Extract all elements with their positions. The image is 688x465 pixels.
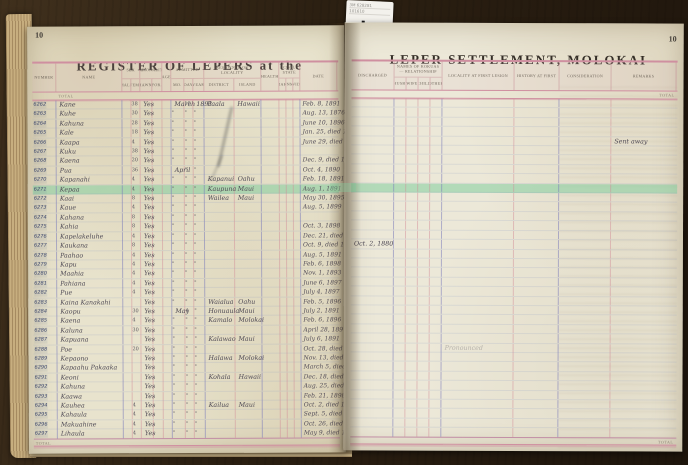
handwritten-entry: 8 [132, 194, 135, 203]
handwritten-entry: Kapaahu Pakaaka [58, 364, 118, 373]
handwritten-entry: Feb. 5, 1896 [301, 297, 341, 306]
handwritten-entry: " [186, 382, 188, 391]
column-subheader: Fem. [131, 78, 140, 91]
handwritten-entry: " [171, 119, 173, 128]
handwritten-entry: 6283 [34, 299, 47, 306]
register-rows: Sent awayOct. 2, 1880Pronounced [350, 98, 677, 438]
tab-text-line: 101610 [349, 8, 390, 16]
handwritten-entry: Feb. 6, 1896 [301, 316, 341, 325]
handwritten-entry: " [186, 401, 188, 410]
handwritten-entry: 28 [131, 119, 137, 128]
handwritten-entry: " [185, 345, 187, 354]
column-header: Locality at First Lesion [443, 62, 515, 90]
handwritten-entry: Maui [236, 401, 255, 410]
handwritten-entry: " [172, 222, 174, 231]
column-header: History at First [515, 62, 560, 90]
handwritten-entry: " [185, 194, 187, 203]
handwritten-entry: " [185, 326, 187, 335]
handwritten-entry: " [172, 147, 174, 156]
handwritten-entry: Kuku [57, 148, 77, 157]
handwritten-entry: Kapu [57, 260, 77, 269]
handwritten-entry: 4 [132, 204, 135, 213]
handwritten-entry: " [194, 138, 196, 147]
handwritten-entry: 6265 [34, 130, 47, 137]
handwritten-entry: " [194, 185, 196, 194]
handwritten-entry: 6287 [34, 337, 47, 344]
handwritten-entry: " [186, 373, 188, 382]
page-number-right: 10 [669, 35, 677, 44]
handwritten-entry: Kahia [57, 223, 78, 232]
handwritten-entry: " [194, 241, 196, 250]
handwritten-entry: 6290 [35, 365, 48, 372]
handwritten-entry: Oahu [235, 175, 255, 184]
handwritten-entry: " [186, 410, 188, 419]
handwritten-entry: 18 [184, 100, 190, 109]
highlight-band-gutter [330, 183, 356, 192]
handwritten-entry: " [185, 241, 187, 250]
handwritten-entry: 20 [132, 345, 138, 354]
handwritten-entry: Maui [235, 194, 254, 203]
handwritten-entry: Sent away [611, 137, 647, 146]
page-number-left: 10 [35, 31, 43, 40]
column-subheader: Wid. [293, 78, 300, 91]
handwritten-entry: 6270 [34, 177, 47, 184]
handwritten-entry: 6291 [35, 374, 48, 381]
handwritten-entry: Nov. 1, 1893 [301, 269, 341, 278]
handwritten-entry: Kamalo [205, 316, 232, 325]
handwritten-entry: " [185, 232, 187, 241]
handwritten-entry: 6297 [35, 431, 48, 438]
handwritten-entry: " [194, 335, 196, 344]
handwritten-entry: Halawa [205, 354, 232, 363]
handwritten-entry: " [172, 298, 174, 307]
handwritten-entry: 6292 [35, 384, 48, 391]
handwritten-entry: " [185, 250, 187, 259]
handwritten-entry: Kaopu [57, 307, 80, 316]
handwritten-entry: Kauhea [58, 401, 85, 410]
handwritten-entry: Maahia [57, 270, 84, 279]
handwritten-entry: 30 [132, 326, 138, 335]
handwritten-entry: " [194, 316, 196, 325]
handwritten-entry: Oct. 3, 1898 [301, 222, 340, 231]
handwritten-entry: " [185, 185, 187, 194]
handwritten-entry: Kapanui [205, 175, 234, 184]
handwritten-entry: " [194, 307, 196, 316]
handwritten-entry: 6268 [34, 158, 47, 165]
handwritten-entry: " [172, 175, 174, 184]
handwritten-entry: " [185, 279, 187, 288]
handwritten-entry: " [185, 138, 187, 147]
handwritten-entry: 6277 [34, 243, 47, 250]
handwritten-entry: " [173, 429, 175, 438]
handwritten-entry: 4 [132, 288, 135, 297]
handwritten-entry: Kahaula [58, 411, 87, 420]
handwritten-entry: 6269 [34, 167, 47, 174]
handwritten-entry: Kahana [57, 213, 84, 222]
handwritten-entry: " [194, 222, 196, 231]
handwritten-entry: 6266 [34, 139, 47, 146]
handwritten-entry: Pahiana [57, 279, 85, 288]
handwritten-entry: " [194, 260, 196, 269]
handwritten-entry: " [184, 109, 186, 118]
handwritten-entry: 6284 [34, 309, 47, 316]
handwritten-entry: Oahu [235, 297, 255, 306]
handwritten-entry: Kahuna [58, 383, 85, 392]
handwritten-entry: " [172, 354, 174, 363]
column-header: Date [300, 62, 337, 90]
handwritten-entry: Kaina Kanakahi [57, 298, 110, 307]
table-header: NumberNameSexMaleFem.NationalityHawn.For… [32, 60, 338, 92]
column-header: Remarks [612, 62, 677, 90]
handwritten-entry: Kaapa [57, 138, 80, 147]
handwritten-entry: Hawaii [236, 372, 261, 381]
handwritten-entry: " [172, 335, 174, 344]
handwritten-entry: Kapanahi [57, 176, 90, 185]
handwritten-entry: " [194, 250, 196, 259]
ledger-left-page: 10 REGISTER OF LEPERS at the NumberNameS… [27, 25, 346, 453]
handwritten-entry: " [173, 420, 175, 429]
handwritten-entry: 38 [132, 147, 138, 156]
column-header: Age [162, 63, 171, 91]
handwritten-entry: Pronounced [442, 343, 483, 352]
column-header: Names of Kokuas — Relationship [395, 62, 443, 77]
register-rows: 6262Kane38YesMarch181891PaalaHawaiiFeb. … [32, 99, 339, 439]
ledger-right-page: 10 LEPER SETTLEMENT, MOLOKAI DischargedN… [343, 22, 683, 451]
handwritten-entry: 8 [132, 213, 135, 222]
column-subheader: Other [431, 77, 443, 90]
handwritten-entry: " [194, 326, 196, 335]
handwritten-entry: 4 [133, 429, 136, 438]
handwritten-entry: " [195, 429, 197, 438]
handwritten-entry: 4 [133, 420, 136, 429]
handwritten-entry: Waialua [205, 297, 233, 306]
handwritten-entry: " [195, 401, 197, 410]
handwritten-entry: 4 [132, 232, 135, 241]
column-header: Sex [122, 63, 140, 78]
handwritten-entry: Kepaa [57, 185, 80, 194]
column-header: Health [261, 63, 279, 91]
handwritten-entry: 36 [132, 166, 138, 175]
handwritten-entry: " [185, 222, 187, 231]
handwritten-entry: Kaawa [58, 392, 82, 401]
handwritten-entry: " [173, 410, 175, 419]
column-subheader: District [204, 78, 234, 91]
handwritten-entry: 6294 [35, 403, 48, 410]
handwritten-entry: " [185, 269, 187, 278]
handwritten-entry: " [172, 128, 174, 137]
handwritten-entry: May 30, 1895 [301, 193, 345, 202]
handwritten-entry: " [172, 288, 174, 297]
handwritten-entry: " [186, 420, 188, 429]
handwritten-entry: 6273 [34, 205, 47, 212]
handwritten-entry: Kohala [206, 373, 231, 382]
handwritten-entry: Kaukana [57, 242, 88, 251]
handwritten-entry: 6279 [34, 262, 47, 269]
handwritten-entry: Makuahine [58, 420, 97, 429]
handwritten-entry: " [172, 241, 174, 250]
handwritten-entry: 20 [132, 157, 138, 166]
handwritten-entry: " [172, 232, 174, 241]
handwritten-entry: 4 [132, 138, 135, 147]
handwritten-entry: 4 [132, 279, 135, 288]
handwritten-entry: Maui [235, 307, 254, 316]
handwritten-entry: 6293 [35, 393, 48, 400]
handwritten-entry: July 6, 1891 [301, 334, 339, 343]
handwritten-entry: " [194, 354, 196, 363]
handwritten-entry: " [185, 316, 187, 325]
handwritten-entry: " [185, 147, 187, 156]
handwritten-entry: " [194, 128, 196, 137]
column-subheader: Island [234, 78, 261, 91]
handwritten-entry: " [172, 260, 174, 269]
handwritten-entry: " [194, 345, 196, 354]
handwritten-entry: " [172, 251, 174, 260]
column-header: Civil State [279, 63, 300, 78]
handwritten-entry: 4 [132, 317, 135, 326]
column-header: Name [56, 63, 122, 91]
handwritten-entry: " [193, 119, 195, 128]
handwritten-entry: " [172, 279, 174, 288]
handwritten-entry: " [185, 156, 187, 165]
handwritten-entry: " [185, 288, 187, 297]
column-subheader: Male [122, 78, 131, 91]
handwritten-entry: 8 [132, 241, 135, 250]
handwritten-entry: Kahuna [56, 119, 83, 128]
handwritten-entry: 30 [131, 110, 137, 119]
handwritten-entry: " [173, 392, 175, 401]
column-subheader: Child [419, 77, 431, 90]
handwritten-entry: 6263 [33, 111, 46, 118]
handwritten-entry: Keoni [58, 373, 79, 382]
column-subheader: Wife [407, 77, 419, 90]
handwritten-entry: " [172, 138, 174, 147]
handwritten-entry: Kapuana [57, 336, 88, 345]
handwritten-entry: " [173, 373, 175, 382]
handwritten-entry: " [173, 401, 175, 410]
handwritten-entry: Lihaula [58, 430, 85, 439]
handwritten-entry: " [194, 203, 196, 212]
handwritten-entry: Kaue [57, 204, 76, 213]
handwritten-entry: " [194, 175, 196, 184]
handwritten-entry: June 6, 1897 [301, 278, 342, 287]
handwritten-entry: 38 [131, 100, 137, 109]
handwritten-entry: " [173, 363, 175, 372]
handwritten-entry: 6295 [35, 412, 48, 419]
handwritten-entry: " [185, 203, 187, 212]
handwritten-entry: July 4, 1897 [301, 287, 339, 296]
handwritten-entry: " [194, 147, 196, 156]
handwritten-entry: Kaluna [57, 326, 82, 335]
column-subheader: Husb. [395, 77, 407, 90]
register-table-left: NumberNameSexMaleFem.NationalityHawn.For… [32, 60, 340, 446]
handwritten-entry: Feb. 8, 1891 [300, 99, 340, 108]
handwritten-entry: 6289 [35, 356, 48, 363]
handwritten-entry: Kaai [57, 195, 74, 204]
handwritten-entry: 6262 [33, 102, 46, 109]
column-header: Consideration [560, 62, 612, 90]
handwritten-entry: Feb. 6, 1898 [301, 259, 341, 268]
handwritten-entry: July 2, 1891 [301, 306, 339, 315]
handwritten-entry: April 28, 1897 [301, 325, 347, 334]
column-subheader: Mo. [171, 78, 184, 91]
handwritten-entry: " [172, 269, 174, 278]
handwritten-entry: " [195, 382, 197, 391]
handwritten-entry: Kalawao [205, 335, 235, 344]
handwritten-entry: " [194, 213, 196, 222]
handwritten-entry: 4 [185, 307, 188, 316]
column-subheader: Year [193, 78, 204, 91]
handwritten-entry: Aug. 5, 1891 [301, 250, 342, 259]
handwritten-entry: " [172, 316, 174, 325]
handwritten-entry: Kaena [57, 317, 80, 326]
handwritten-entry: Oct. 2, 1880 [351, 240, 393, 249]
handwritten-entry: " [195, 373, 197, 382]
handwritten-entry: " [172, 185, 174, 194]
handwritten-entry: 6272 [34, 196, 47, 203]
handwritten-entry: 6288 [34, 346, 47, 353]
handwritten-entry: Honuaula [205, 307, 239, 316]
handwritten-entry: " [173, 382, 175, 391]
handwritten-entry: " [172, 194, 174, 203]
handwritten-entry: Kuhe [56, 110, 75, 119]
handwritten-entry: 6274 [34, 214, 47, 221]
handwritten-entry: " [184, 119, 186, 128]
column-header: Residence or Locality [204, 63, 261, 78]
handwritten-entry: Aug. 5, 1899 [301, 203, 342, 212]
handwritten-entry: " [194, 279, 196, 288]
handwritten-entry: Wailea [205, 194, 229, 203]
handwritten-entry: Kaena [57, 157, 80, 166]
column-header: Number [32, 64, 56, 92]
column-header: Nationality [140, 63, 162, 78]
handwritten-entry: 6280 [34, 271, 47, 278]
handwritten-entry: 30 [132, 307, 138, 316]
handwritten-entry: " [195, 392, 197, 401]
handwritten-entry: " [194, 269, 196, 278]
handwritten-entry: 6276 [34, 233, 47, 240]
handwritten-entry: " [194, 166, 196, 175]
handwritten-entry: " [195, 410, 197, 419]
handwritten-entry: 6286 [34, 327, 47, 334]
handwritten-entry: 4 [132, 270, 135, 279]
handwritten-entry: " [194, 194, 196, 203]
handwritten-entry: " [194, 288, 196, 297]
handwritten-entry: " [185, 166, 187, 175]
table-header: DischargedNames of Kokuas — Relationship… [352, 59, 678, 91]
handwritten-entry: Paala [204, 100, 224, 109]
handwritten-entry: " [186, 363, 188, 372]
handwritten-entry: Pue [57, 289, 72, 298]
handwritten-entry: Maui [235, 335, 254, 344]
handwritten-entry: 4 [132, 175, 135, 184]
handwritten-entry: Feb. 21, 1898 [302, 391, 346, 400]
handwritten-entry: " [195, 363, 197, 372]
handwritten-entry: 6275 [34, 224, 47, 231]
handwritten-entry: Hawaii [234, 100, 259, 109]
handwritten-entry: 18 [132, 128, 138, 137]
handwritten-entry: 6278 [34, 252, 47, 259]
handwritten-entry: " [172, 213, 174, 222]
handwritten-entry: 6267 [34, 149, 47, 156]
handwritten-entry: June 10, 1896 [300, 118, 344, 127]
handwritten-entry: " [185, 175, 187, 184]
handwritten-entry: 4 [132, 185, 135, 194]
handwritten-entry: " [195, 420, 197, 429]
handwritten-entry: 6271 [34, 186, 47, 193]
handwritten-entry: Molokai [235, 316, 264, 325]
handwritten-entry: " [172, 326, 174, 335]
handwritten-entry: " [185, 354, 187, 363]
handwritten-entry: 6282 [34, 290, 47, 297]
handwritten-entry: Kepaono [58, 354, 89, 363]
column-subheader: Mar. [279, 78, 286, 91]
handwritten-entry: 6264 [33, 120, 46, 127]
handwritten-entry: 4 [133, 401, 136, 410]
column-header: Admitted [171, 63, 204, 78]
total-row: Total [34, 437, 340, 446]
handwritten-entry: Molokai [235, 354, 264, 363]
handwritten-entry: Aug. 13, 1876 [300, 109, 345, 118]
handwritten-entry: Kale [57, 129, 74, 138]
handwritten-entry: " [171, 109, 173, 118]
register-table-right: DischargedNames of Kokuas — Relationship… [350, 59, 677, 445]
handwritten-entry: " [185, 335, 187, 344]
handwritten-entry: 8 [132, 223, 135, 232]
handwritten-entry: " [194, 232, 196, 241]
handwritten-entry: Maui [235, 184, 254, 193]
handwritten-entry: " [185, 260, 187, 269]
handwritten-entry: " [194, 297, 196, 306]
handwritten-entry: " [172, 204, 174, 213]
handwritten-entry: 4 [133, 411, 136, 420]
handwritten-entry: " [172, 345, 174, 354]
handwritten-entry: " [194, 156, 196, 165]
column-subheader: For. [152, 78, 162, 91]
handwritten-entry: Oct. 4, 1890 [301, 165, 340, 174]
ledger-photograph: 3M 628281 101610 10 REGISTER OF LEPERS a… [0, 0, 688, 465]
handwritten-entry: " [172, 156, 174, 165]
handwritten-entry: " [185, 128, 187, 137]
handwritten-entry: " [193, 109, 195, 118]
column-subheader: Hawn. [140, 78, 152, 91]
handwritten-entry: Kaupuna [205, 184, 236, 193]
handwritten-entry: Poe [57, 345, 72, 354]
handwritten-entry: " [185, 213, 187, 222]
column-subheader: Day [184, 78, 193, 91]
handwritten-entry: 4 [132, 251, 135, 260]
handwritten-entry: Kane [56, 100, 75, 109]
column-header: Discharged [352, 61, 395, 89]
handwritten-entry: 6285 [34, 318, 47, 325]
handwritten-entry: 6296 [35, 421, 48, 428]
total-row: Total [350, 436, 676, 445]
handwritten-entry: Kailua [206, 401, 229, 410]
handwritten-entry: 6281 [34, 280, 47, 287]
handwritten-entry: " [186, 392, 188, 401]
handwritten-entry: Kapelakeluhe [57, 232, 103, 241]
handwritten-entry: " [186, 429, 188, 438]
column-subheader: Unm. [286, 78, 293, 91]
handwritten-entry: " [185, 298, 187, 307]
handwritten-entry: Pua [57, 166, 72, 175]
handwritten-entry: Paahao [57, 251, 83, 260]
handwritten-entry: 4 [132, 260, 135, 269]
